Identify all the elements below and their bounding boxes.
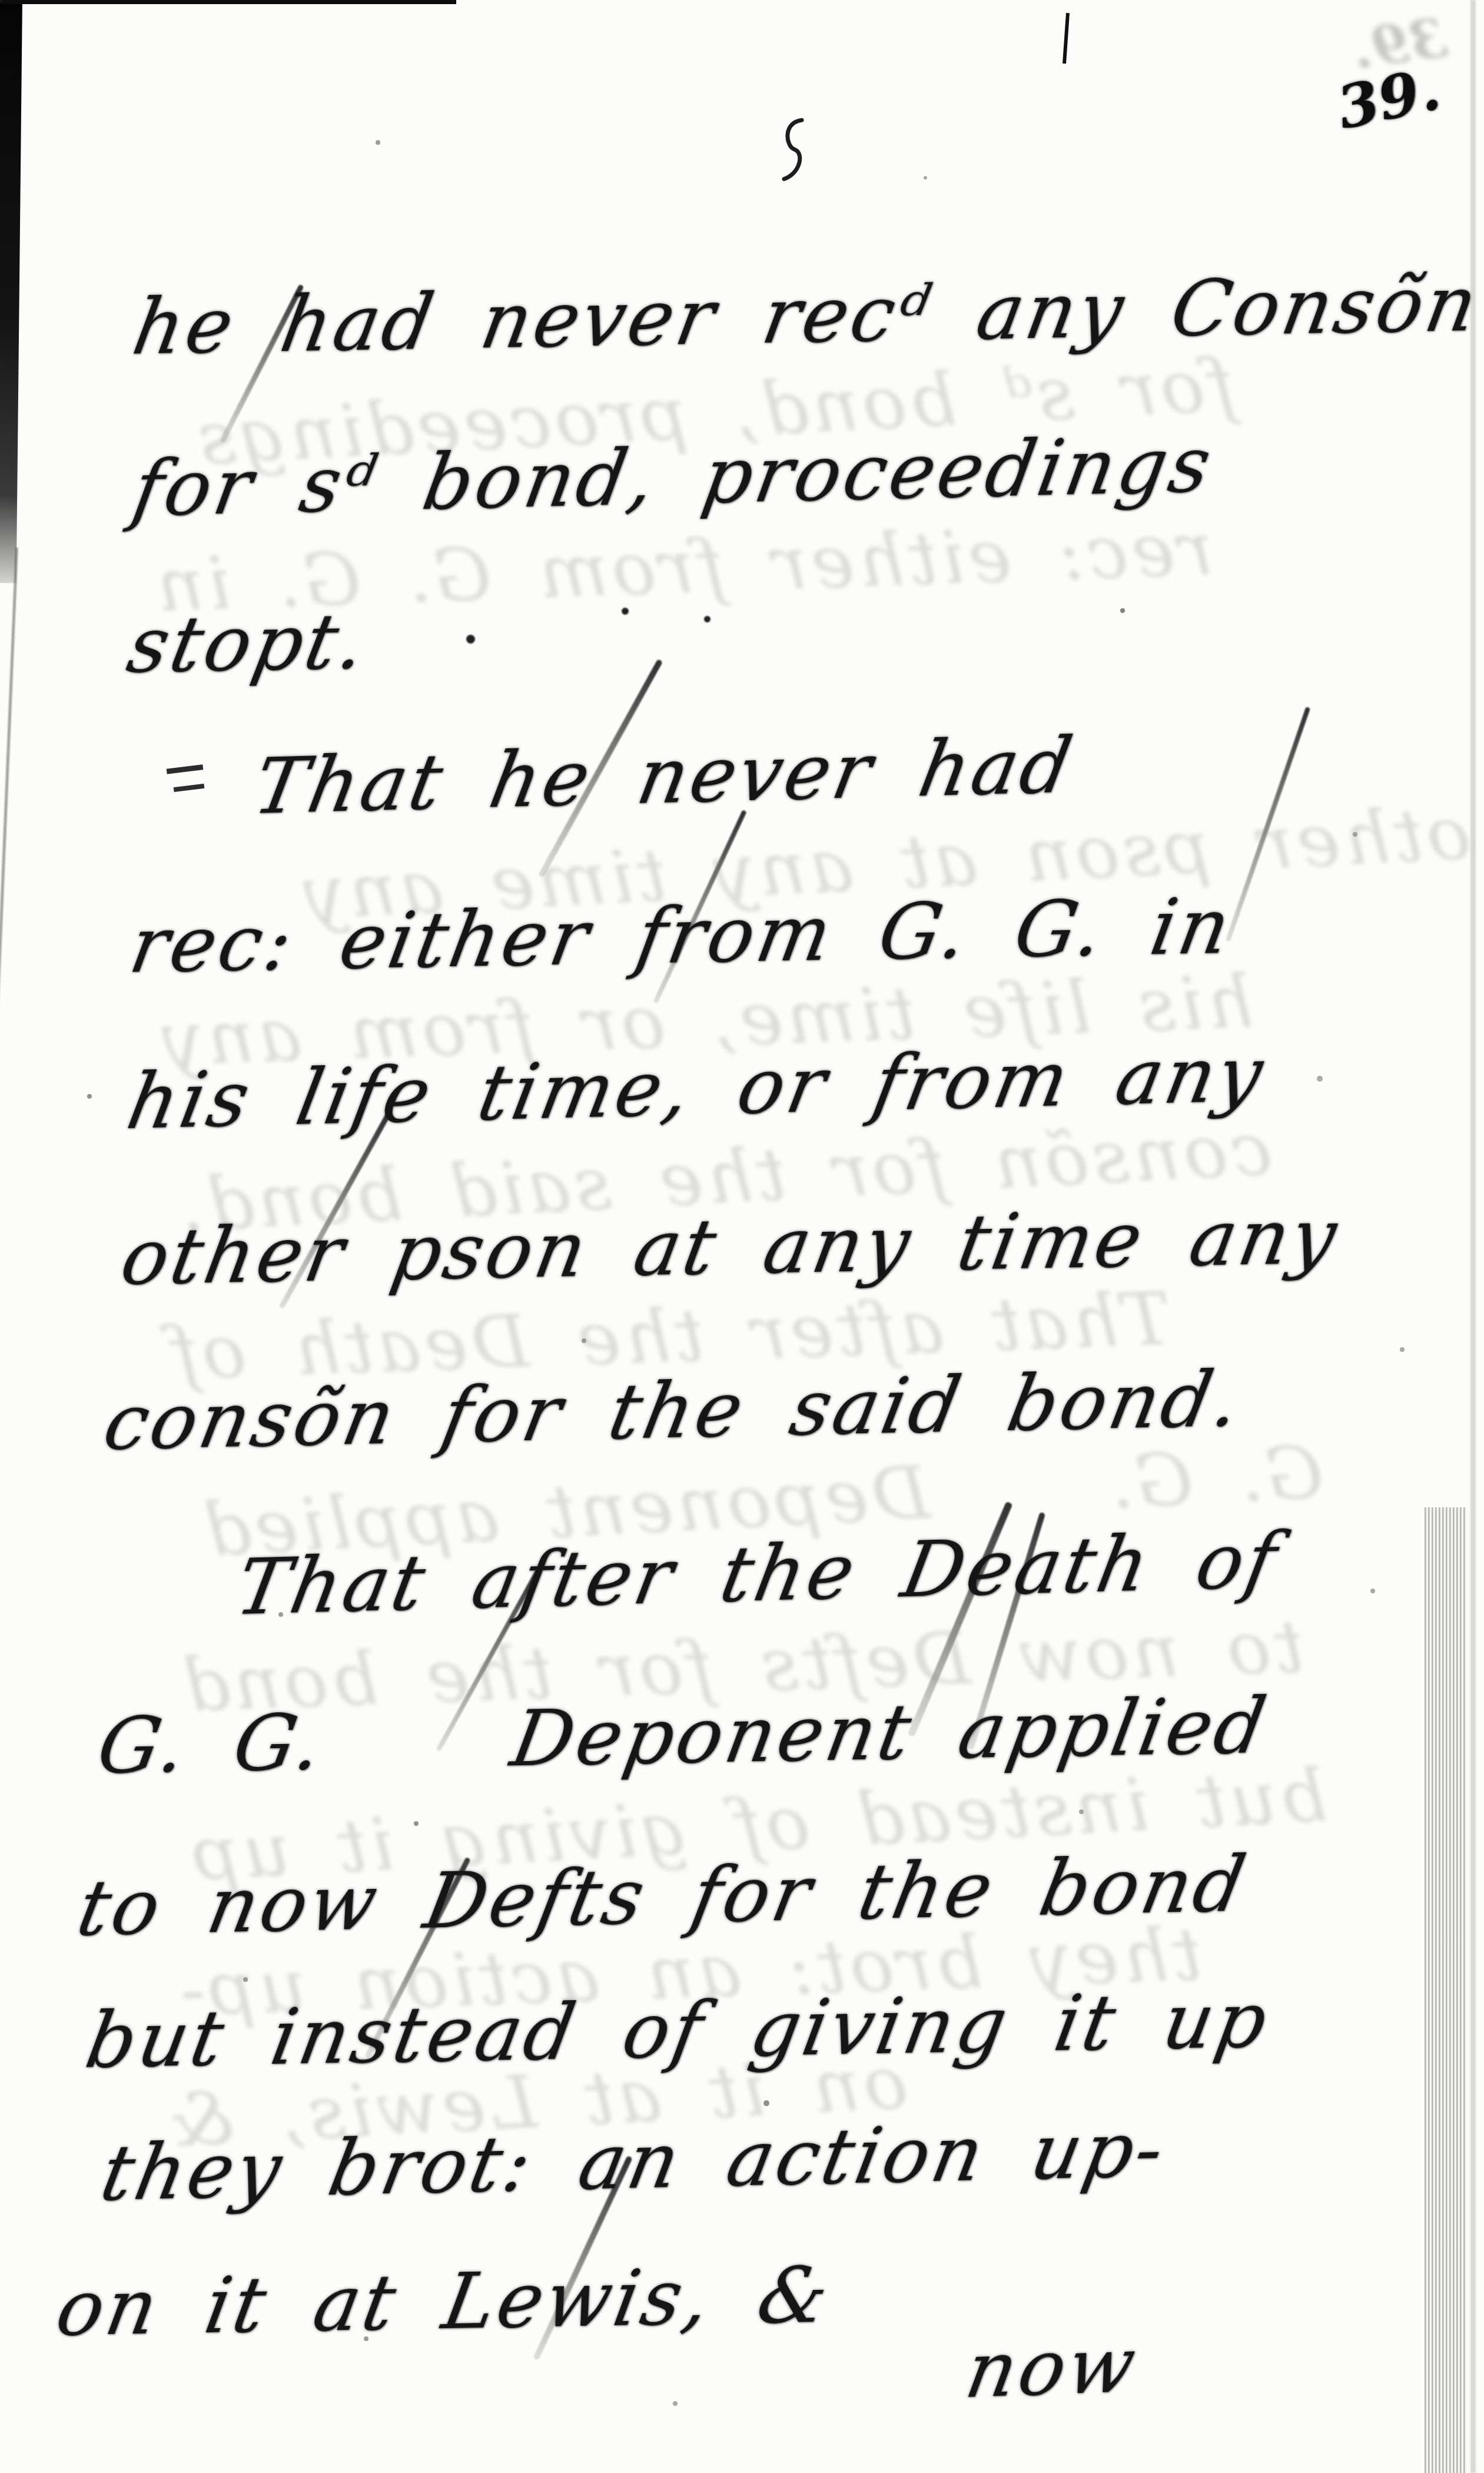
paragraph-dash-mark (167, 764, 204, 774)
ink-dot (704, 616, 711, 622)
stray-ink-curl (776, 117, 812, 183)
right-page-edge (1470, 0, 1476, 2473)
page-number: 39. (1332, 54, 1446, 143)
left-gutter-crease-line (0, 548, 18, 1183)
right-scan-streaks (1425, 1507, 1467, 2473)
manuscript-line: That he never had (247, 720, 1081, 831)
scan-speckles (0, 0, 2, 2)
manuscript-page: 39. 39. for sᵈ bond, proceedings rec: ei… (0, 0, 1484, 2473)
manuscript-line: now (960, 2319, 1145, 2415)
manuscript-line: stopt. (121, 596, 376, 690)
paragraph-dash-mark (174, 784, 205, 792)
top-edge-scan-line (0, 0, 456, 4)
manuscript-line: on it at Lewis, & (50, 2250, 838, 2353)
stray-ink-tick (1063, 13, 1070, 64)
ink-dot (466, 635, 475, 644)
manuscript-line: he had never recᵈ any Consõn (127, 259, 1484, 372)
left-gutter-shadow (0, 0, 22, 583)
